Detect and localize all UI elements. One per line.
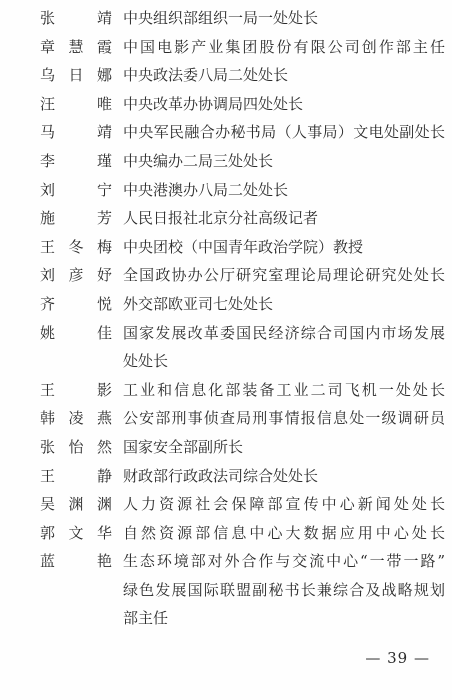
roster-row: 马靖中央军民融合办秘书局（人事局）文电处副处长 xyxy=(40,118,452,147)
position-line: 外交部欧亚司七处处长 xyxy=(123,290,445,319)
person-position: 外交部欧亚司七处处长 xyxy=(123,290,445,319)
roster-row: 齐悦外交部欧亚司七处处长 xyxy=(40,290,452,319)
position-line: 中央政法委八局二处处长 xyxy=(123,61,445,90)
person-position: 工业和信息化部装备工业二司飞机一处处长 xyxy=(123,376,445,405)
person-position: 国家发展改革委国民经济综合司国内市场发展处处长 xyxy=(123,319,445,376)
position-line: 全国政协办公厅研究室理论局理论研究处处长 xyxy=(123,261,445,290)
position-line: 中国电影产业集团股份有限公司创作部主任 xyxy=(123,33,445,62)
person-position: 人力资源社会保障部宣传中心新闻处处长 xyxy=(123,490,445,519)
position-line: 中央军民融合办秘书局（人事局）文电处副处长 xyxy=(123,118,445,147)
position-line: 处处长 xyxy=(123,347,445,376)
person-name: 郭文华 xyxy=(40,519,112,548)
roster-row: 张怡然国家安全部副所长 xyxy=(40,433,452,462)
person-name: 刘宁 xyxy=(40,176,112,205)
person-position: 人民日报社北京分社高级记者 xyxy=(123,204,445,233)
person-position: 全国政协办公厅研究室理论局理论研究处处长 xyxy=(123,261,445,290)
person-name: 施芳 xyxy=(40,204,112,233)
roster-row: 刘彦妤全国政协办公厅研究室理论局理论研究处处长 xyxy=(40,261,452,290)
person-name: 张靖 xyxy=(40,4,112,33)
person-position: 中央改革办协调局四处处长 xyxy=(123,90,445,119)
position-line: 公安部刑事侦查局刑事情报信息处一级调研员 xyxy=(123,404,445,433)
person-name: 马靖 xyxy=(40,118,112,147)
person-name: 姚佳 xyxy=(40,319,112,348)
position-line: 中央组织部组织一局一处处长 xyxy=(123,4,445,33)
person-name: 蓝艳 xyxy=(40,547,112,576)
person-name: 刘彦妤 xyxy=(40,261,112,290)
roster-row: 吴渊渊人力资源社会保障部宣传中心新闻处处长 xyxy=(40,490,452,519)
roster-row: 王冬梅中央团校（中国青年政治学院）教授 xyxy=(40,233,452,262)
position-line: 中央港澳办八局二处处长 xyxy=(123,176,445,205)
person-position: 生态环境部对外合作与交流中心“一带一路”绿色发展国际联盟副秘书长兼综合及战略规划… xyxy=(123,547,445,633)
person-name: 韩凌燕 xyxy=(40,404,112,433)
position-line: 财政部行政政法司综合处处长 xyxy=(123,462,445,491)
person-name: 章慧霞 xyxy=(40,33,112,62)
person-name: 齐悦 xyxy=(40,290,112,319)
roster-row: 蓝艳生态环境部对外合作与交流中心“一带一路”绿色发展国际联盟副秘书长兼综合及战略… xyxy=(40,547,452,633)
roster-row: 章慧霞中国电影产业集团股份有限公司创作部主任 xyxy=(40,33,452,62)
roster-row: 李瑾中央编办二局三处处长 xyxy=(40,147,452,176)
position-line: 国家发展改革委国民经济综合司国内市场发展 xyxy=(123,319,445,348)
roster-row: 姚佳国家发展改革委国民经济综合司国内市场发展处处长 xyxy=(40,319,452,376)
person-name: 汪唯 xyxy=(40,90,112,119)
document-page: 张靖中央组织部组织一局一处处长章慧霞中国电影产业集团股份有限公司创作部主任乌日娜… xyxy=(0,0,452,700)
person-name: 李瑾 xyxy=(40,147,112,176)
person-position: 财政部行政政法司综合处处长 xyxy=(123,462,445,491)
roster-row: 王影工业和信息化部装备工业二司飞机一处处长 xyxy=(40,376,452,405)
person-position: 中央军民融合办秘书局（人事局）文电处副处长 xyxy=(123,118,445,147)
person-name: 乌日娜 xyxy=(40,61,112,90)
position-line: 国家安全部副所长 xyxy=(123,433,445,462)
person-position: 中央编办二局三处处长 xyxy=(123,147,445,176)
position-line: 自然资源部信息中心大数据应用中心处长 xyxy=(123,519,445,548)
roster-row: 乌日娜中央政法委八局二处处长 xyxy=(40,61,452,90)
roster-row: 王静财政部行政政法司综合处处长 xyxy=(40,462,452,491)
person-position: 自然资源部信息中心大数据应用中心处长 xyxy=(123,519,445,548)
person-position: 中央港澳办八局二处处长 xyxy=(123,176,445,205)
person-name: 王静 xyxy=(40,462,112,491)
position-line: 中央改革办协调局四处处长 xyxy=(123,90,445,119)
person-position: 中央政法委八局二处处长 xyxy=(123,61,445,90)
position-line: 绿色发展国际联盟副秘书长兼综合及战略规划 xyxy=(123,576,445,605)
position-line: 工业和信息化部装备工业二司飞机一处处长 xyxy=(123,376,445,405)
person-position: 公安部刑事侦查局刑事情报信息处一级调研员 xyxy=(123,404,445,433)
page-number: — 39 — xyxy=(365,648,430,668)
person-position: 中国电影产业集团股份有限公司创作部主任 xyxy=(123,33,445,62)
roster-row: 汪唯中央改革办协调局四处处长 xyxy=(40,90,452,119)
person-position: 中央团校（中国青年政治学院）教授 xyxy=(123,233,445,262)
roster-row: 郭文华自然资源部信息中心大数据应用中心处长 xyxy=(40,519,452,548)
person-name: 吴渊渊 xyxy=(40,490,112,519)
position-line: 中央团校（中国青年政治学院）教授 xyxy=(123,233,445,262)
roster-row: 施芳人民日报社北京分社高级记者 xyxy=(40,204,452,233)
position-line: 人力资源社会保障部宣传中心新闻处处长 xyxy=(123,490,445,519)
position-line: 人民日报社北京分社高级记者 xyxy=(123,204,445,233)
person-position: 中央组织部组织一局一处处长 xyxy=(123,4,445,33)
roster-row: 韩凌燕公安部刑事侦查局刑事情报信息处一级调研员 xyxy=(40,404,452,433)
roster-list: 张靖中央组织部组织一局一处处长章慧霞中国电影产业集团股份有限公司创作部主任乌日娜… xyxy=(0,0,452,633)
person-name: 张怡然 xyxy=(40,433,112,462)
person-name: 王冬梅 xyxy=(40,233,112,262)
person-name: 王影 xyxy=(40,376,112,405)
person-position: 国家安全部副所长 xyxy=(123,433,445,462)
position-line: 部主任 xyxy=(123,604,445,633)
roster-row: 刘宁中央港澳办八局二处处长 xyxy=(40,176,452,205)
roster-row: 张靖中央组织部组织一局一处处长 xyxy=(40,4,452,33)
position-line: 中央编办二局三处处长 xyxy=(123,147,445,176)
position-line: 生态环境部对外合作与交流中心“一带一路” xyxy=(123,547,445,576)
